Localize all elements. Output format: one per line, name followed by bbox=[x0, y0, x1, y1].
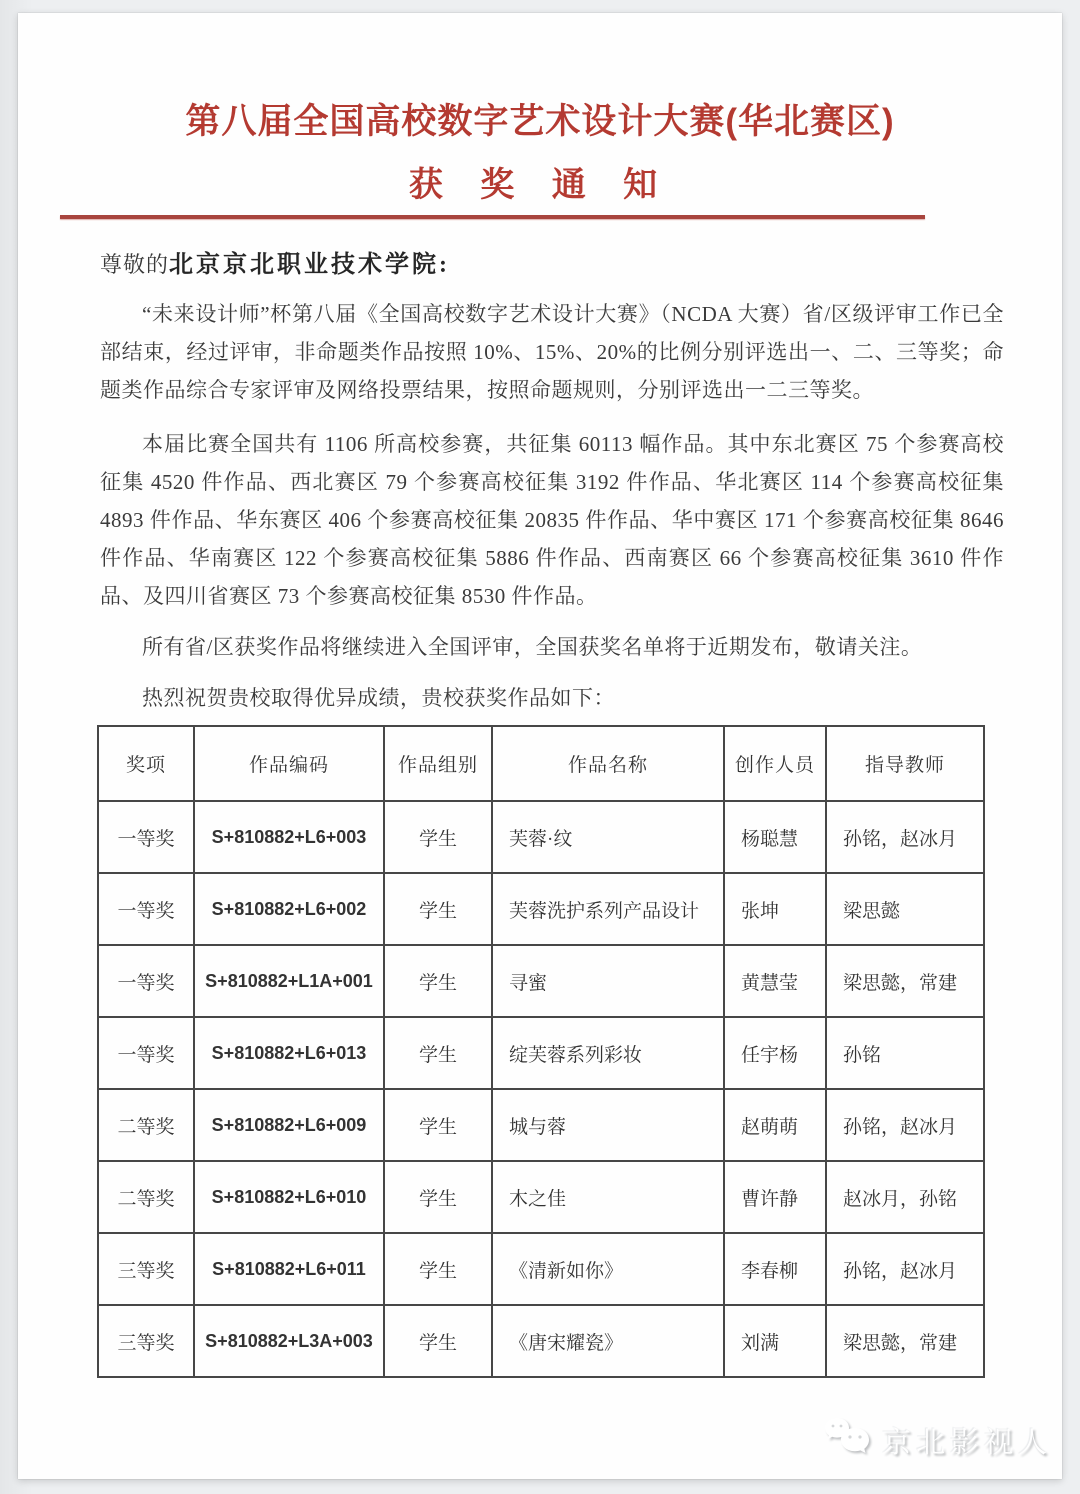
advisor-cell: 梁思懿，常建 bbox=[826, 945, 984, 1017]
group-cell: 学生 bbox=[384, 1089, 492, 1161]
creator-cell: 李春柳 bbox=[724, 1233, 826, 1305]
awards-table-header: 奖项 作品编码 作品组别 作品名称 创作人员 指导教师 bbox=[98, 726, 984, 801]
paragraph-national-review: 所有省/区获奖作品将继续进入全国评审，全国获奖名单将于近期发布，敬请关注。 bbox=[100, 628, 1004, 666]
group-cell: 学生 bbox=[384, 945, 492, 1017]
advisor-cell: 孙铭 bbox=[826, 1017, 984, 1089]
header-row: 奖项 作品编码 作品组别 作品名称 创作人员 指导教师 bbox=[98, 726, 984, 801]
work-name-cell: 城与蓉 bbox=[492, 1089, 724, 1161]
paragraph-statistics: 本届比赛全国共有 1106 所高校参赛，共征集 60113 幅作品。其中东北赛区… bbox=[100, 425, 1004, 615]
creator-cell: 黄慧莹 bbox=[724, 945, 826, 1017]
document-page: 第八届全国高校数字艺术设计大赛(华北赛区) 获 奖 通 知 尊敬的北京京北职业技… bbox=[18, 13, 1062, 1479]
awards-table-body: 一等奖S+810882+L6+003学生芙蓉·纹杨聪慧孙铭，赵冰月一等奖S+81… bbox=[98, 801, 984, 1377]
award-cell: 二等奖 bbox=[98, 1089, 194, 1161]
work-name-cell: 木之佳 bbox=[492, 1161, 724, 1233]
table-row: 一等奖S+810882+L1A+001学生寻蜜黄慧莹梁思懿，常建 bbox=[98, 945, 984, 1017]
award-cell: 一等奖 bbox=[98, 801, 194, 873]
code-cell: S+810882+L6+002 bbox=[194, 873, 384, 945]
paragraph-review-process: “未来设计师”杯第八届《全国高校数字艺术设计大赛》（NCDA 大赛）省/区级评审… bbox=[100, 295, 1004, 409]
code-cell: S+810882+L1A+001 bbox=[194, 945, 384, 1017]
award-cell: 三等奖 bbox=[98, 1305, 194, 1377]
creator-cell: 刘满 bbox=[724, 1305, 826, 1377]
work-name-cell: 寻蜜 bbox=[492, 945, 724, 1017]
group-cell: 学生 bbox=[384, 801, 492, 873]
group-cell: 学生 bbox=[384, 1161, 492, 1233]
work-name-cell: 《清新如你》 bbox=[492, 1233, 724, 1305]
header-award: 奖项 bbox=[98, 726, 194, 801]
creator-cell: 赵萌萌 bbox=[724, 1089, 826, 1161]
table-row: 三等奖S+810882+L3A+003学生《唐宋耀瓷》刘满梁思懿，常建 bbox=[98, 1305, 984, 1377]
creator-cell: 杨聪慧 bbox=[724, 801, 826, 873]
award-cell: 三等奖 bbox=[98, 1233, 194, 1305]
advisor-cell: 孙铭，赵冰月 bbox=[826, 1233, 984, 1305]
title-underline-rule bbox=[60, 215, 925, 219]
advisor-cell: 梁思懿，常建 bbox=[826, 1305, 984, 1377]
salutation: 尊敬的北京京北职业技术学院: bbox=[100, 249, 1002, 281]
paragraph-congratulations: 热烈祝贺贵校取得优异成绩，贵校获奖作品如下： bbox=[100, 679, 1004, 717]
code-cell: S+810882+L6+010 bbox=[194, 1161, 384, 1233]
code-cell: S+810882+L3A+003 bbox=[194, 1305, 384, 1377]
work-name-cell: 绽芙蓉系列彩妆 bbox=[492, 1017, 724, 1089]
advisor-cell: 孙铭，赵冰月 bbox=[826, 1089, 984, 1161]
document-subtitle: 获 奖 通 知 bbox=[18, 163, 1062, 207]
group-cell: 学生 bbox=[384, 1017, 492, 1089]
header-group: 作品组别 bbox=[384, 726, 492, 801]
table-row: 三等奖S+810882+L6+011学生《清新如你》李春柳孙铭，赵冰月 bbox=[98, 1233, 984, 1305]
document-title: 第八届全国高校数字艺术设计大赛(华北赛区) bbox=[18, 13, 1062, 145]
table-row: 一等奖S+810882+L6+003学生芙蓉·纹杨聪慧孙铭，赵冰月 bbox=[98, 801, 984, 873]
header-advisor: 指导教师 bbox=[826, 726, 984, 801]
header-code: 作品编码 bbox=[194, 726, 384, 801]
work-name-cell: 《唐宋耀瓷》 bbox=[492, 1305, 724, 1377]
creator-cell: 任宇杨 bbox=[724, 1017, 826, 1089]
table-row: 二等奖S+810882+L6+009学生城与蓉赵萌萌孙铭，赵冰月 bbox=[98, 1089, 984, 1161]
group-cell: 学生 bbox=[384, 1233, 492, 1305]
work-name-cell: 芙蓉·纹 bbox=[492, 801, 724, 873]
awards-table: 奖项 作品编码 作品组别 作品名称 创作人员 指导教师 一等奖S+810882+… bbox=[97, 725, 985, 1378]
advisor-cell: 孙铭，赵冰月 bbox=[826, 801, 984, 873]
award-cell: 一等奖 bbox=[98, 1017, 194, 1089]
work-name-cell: 芙蓉洗护系列产品设计 bbox=[492, 873, 724, 945]
advisor-cell: 赵冰月，孙铭 bbox=[826, 1161, 984, 1233]
creator-cell: 曹许静 bbox=[724, 1161, 826, 1233]
wechat-chat-bubbles-icon bbox=[822, 1416, 874, 1465]
creator-cell: 张坤 bbox=[724, 873, 826, 945]
group-cell: 学生 bbox=[384, 873, 492, 945]
award-cell: 一等奖 bbox=[98, 945, 194, 1017]
table-row: 一等奖S+810882+L6+002学生芙蓉洗护系列产品设计张坤梁思懿 bbox=[98, 873, 984, 945]
award-cell: 一等奖 bbox=[98, 873, 194, 945]
code-cell: S+810882+L6+011 bbox=[194, 1233, 384, 1305]
code-cell: S+810882+L6+009 bbox=[194, 1089, 384, 1161]
award-cell: 二等奖 bbox=[98, 1161, 194, 1233]
table-row: 二等奖S+810882+L6+010学生木之佳曹许静赵冰月，孙铭 bbox=[98, 1161, 984, 1233]
header-work: 作品名称 bbox=[492, 726, 724, 801]
code-cell: S+810882+L6+013 bbox=[194, 1017, 384, 1089]
header-creator: 创作人员 bbox=[724, 726, 826, 801]
salutation-school-name: 北京京北职业技术学院: bbox=[169, 252, 450, 278]
advisor-cell: 梁思懿 bbox=[826, 873, 984, 945]
code-cell: S+810882+L6+003 bbox=[194, 801, 384, 873]
watermark-text: 京北影视人 bbox=[882, 1420, 1052, 1461]
watermark: 京北影视人 bbox=[822, 1416, 1052, 1465]
table-row: 一等奖S+810882+L6+013学生绽芙蓉系列彩妆任宇杨孙铭 bbox=[98, 1017, 984, 1089]
salutation-prefix: 尊敬的 bbox=[100, 252, 169, 277]
group-cell: 学生 bbox=[384, 1305, 492, 1377]
